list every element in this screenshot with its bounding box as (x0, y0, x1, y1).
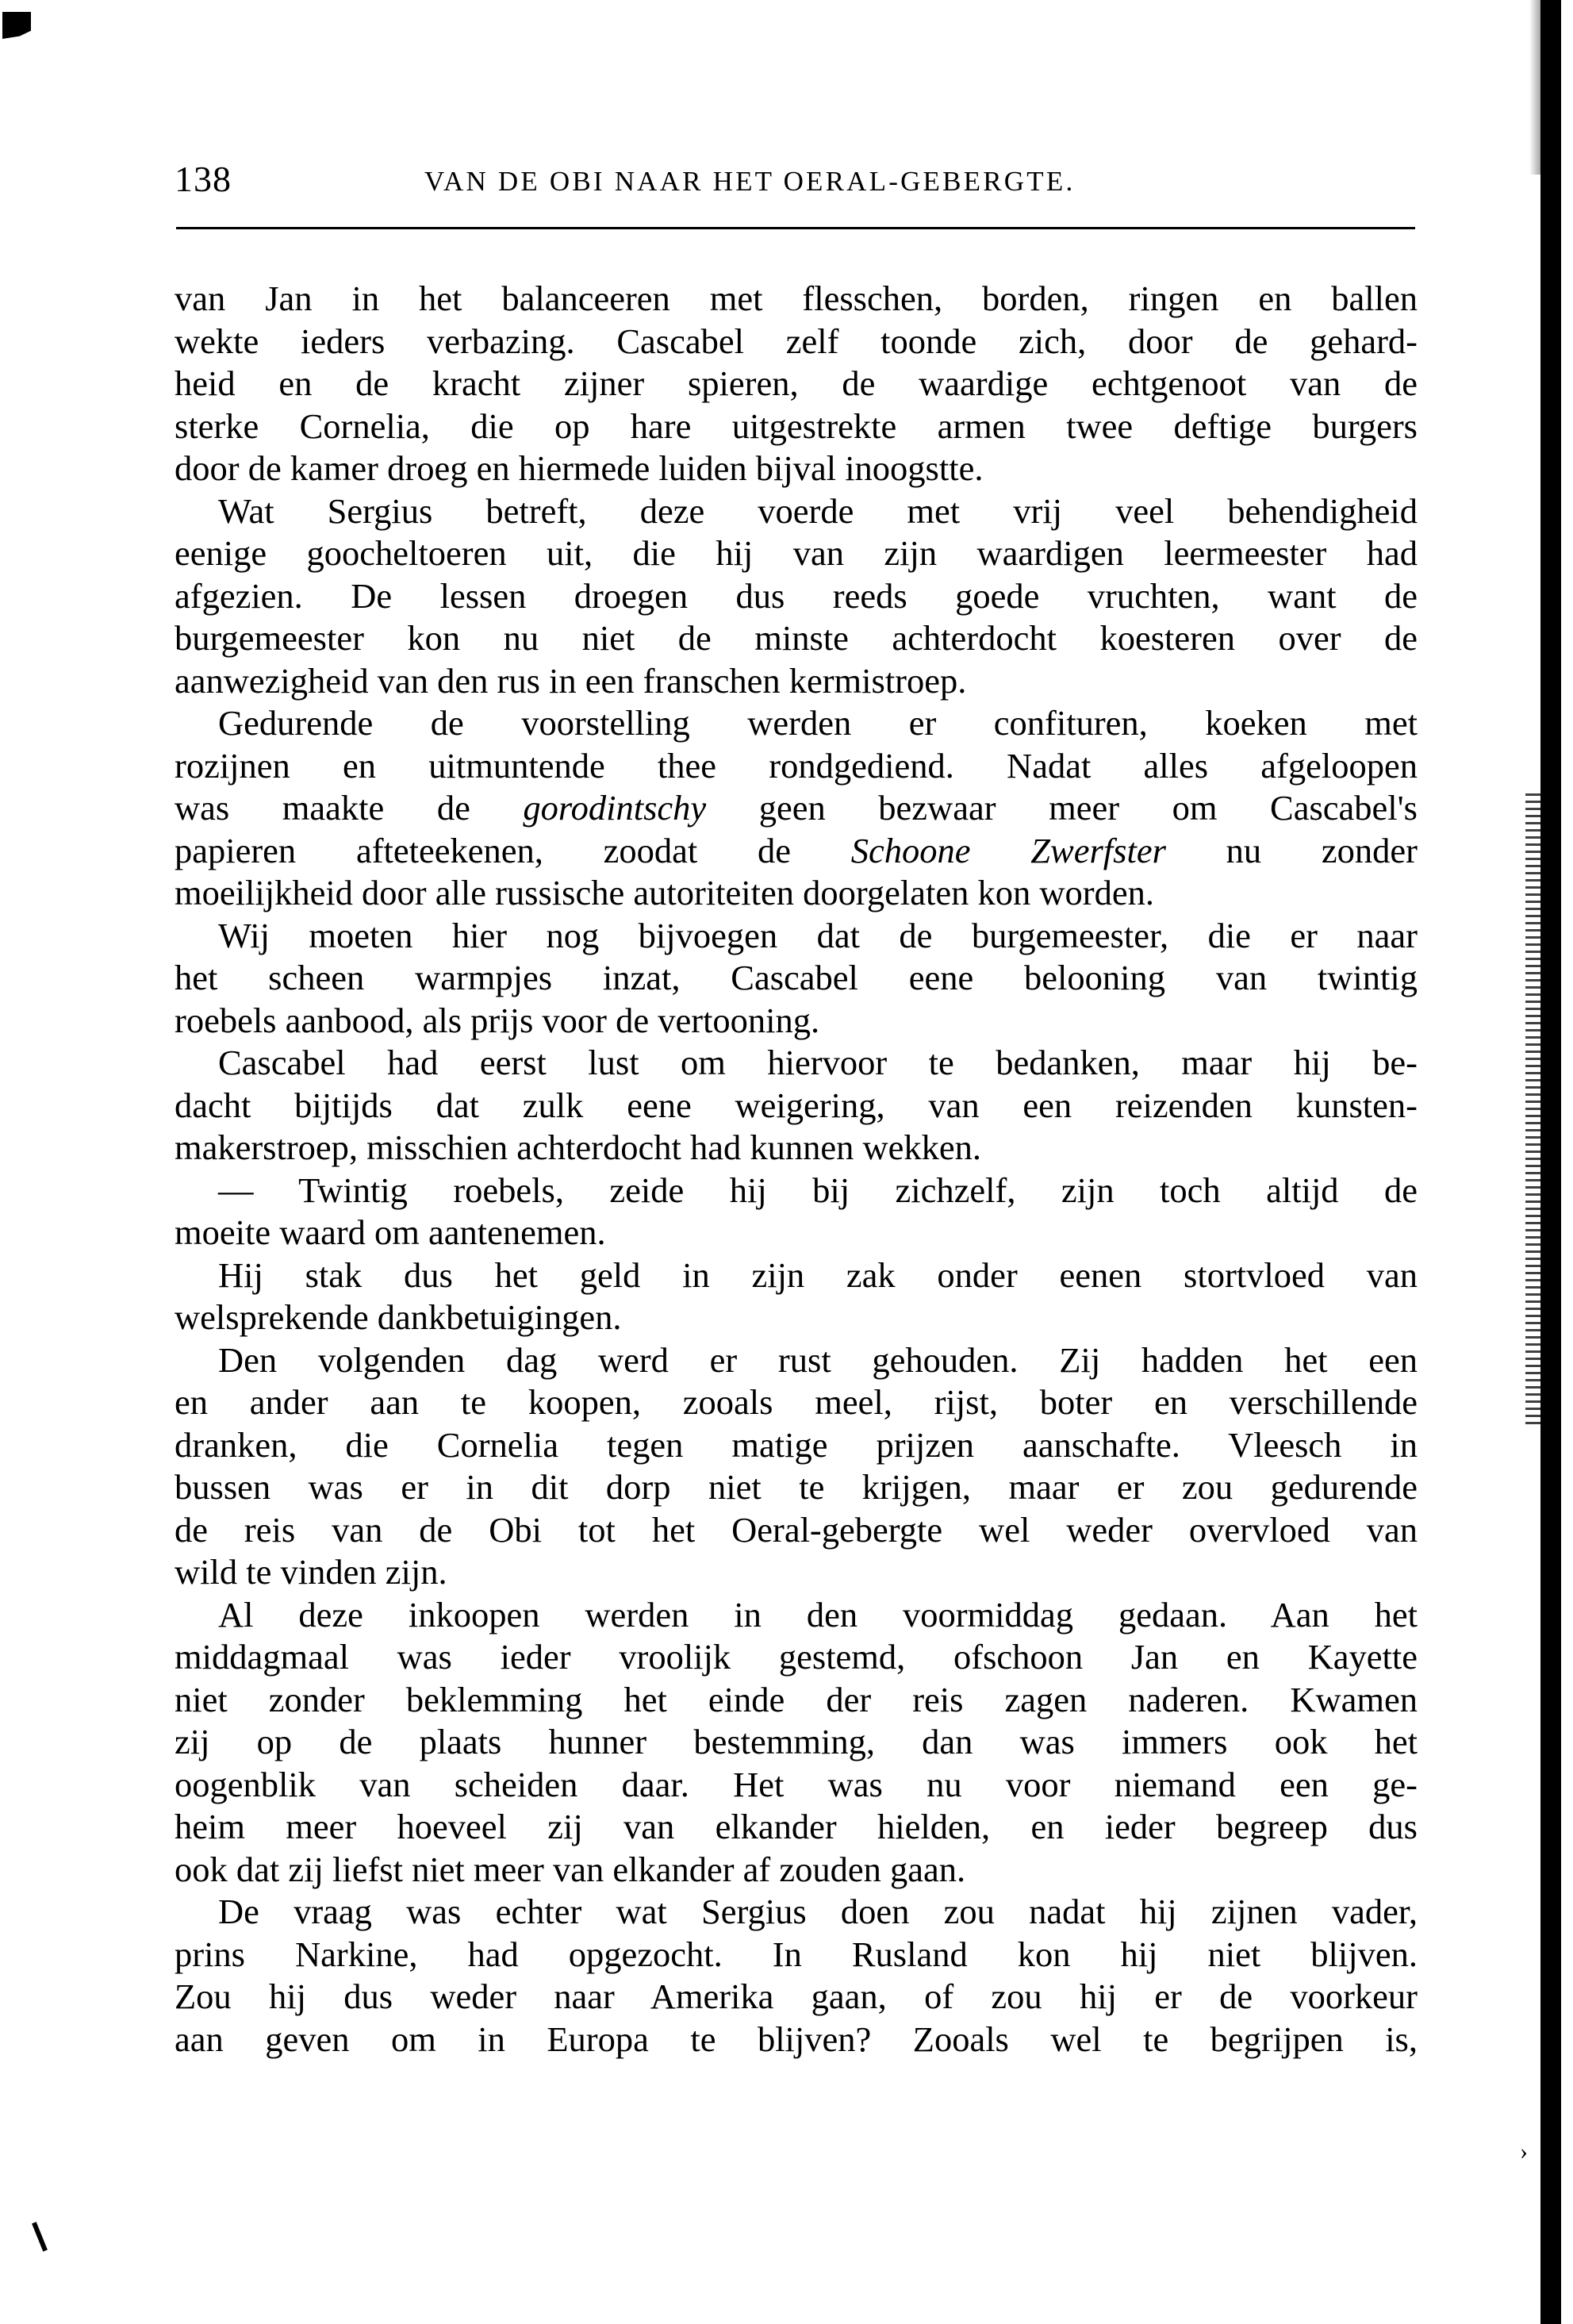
text-line: wekte ieders verbazing. Cascabel zelf to… (175, 321, 1418, 363)
text-line: bussen was er in dit dorp niet te krijge… (175, 1466, 1418, 1509)
text-line: dranken, die Cornelia tegen matige prijz… (175, 1424, 1418, 1467)
text-line: Den volgenden dag werd er rust gehouden.… (175, 1339, 1418, 1382)
text-line: ook dat zij liefst niet meer van elkande… (175, 1849, 1418, 1892)
text-line: papieren afteteekenen, zoodat de Schoone… (175, 830, 1418, 873)
scan-artifact-top-left (2, 12, 31, 39)
book-page: 138 VAN DE OBI NAAR HET OERAL-GEBERGTE. … (0, 0, 1573, 2324)
text-line: middagmaal was ieder vroolijk gestemd, o… (175, 1636, 1418, 1679)
text-line: Al deze inkoopen werden in den voormidda… (175, 1594, 1418, 1637)
text-line: moeite waard om aantenemen. (175, 1212, 1418, 1254)
text-line: wild te vinden zijn. (175, 1551, 1418, 1594)
text-line: prins Narkine, had opgezocht. In Rusland… (175, 1934, 1418, 1976)
text-line: rozijnen en uitmuntende thee rondgediend… (175, 745, 1418, 788)
text-line: eenige goocheltoeren uit, die hij van zi… (175, 532, 1418, 575)
text-line: het scheen warmpjes inzat, Cascabel eene… (175, 957, 1418, 1000)
text-line: aan geven om in Europa te blijven? Zooal… (175, 2019, 1418, 2061)
text-line: moeilijkheid door alle russische autorit… (175, 872, 1418, 915)
text-line: heid en de kracht zijner spieren, de waa… (175, 363, 1418, 405)
page-number: 138 (175, 156, 232, 203)
text-line: en ander aan te koopen, zooals meel, rij… (175, 1381, 1418, 1424)
text-line: makerstroep, misschien achterdocht had k… (175, 1127, 1418, 1170)
text-line: oogenblik van scheiden daar. Het was nu … (175, 1764, 1418, 1807)
text-span: nu zonder (1166, 831, 1418, 870)
text-line: van Jan in het balanceeren met flesschen… (175, 278, 1418, 321)
text-line: Zou hij dus weder naar Amerika gaan, of … (175, 1976, 1418, 2019)
text-line: Gedurende de voorstelling werden er conf… (175, 702, 1418, 745)
text-line: heim meer hoeveel zij van elkander hield… (175, 1806, 1418, 1849)
running-title: VAN DE OBI NAAR HET OERAL-GEBERGTE. (424, 162, 1075, 202)
text-line: afgezien. De lessen droegen dus reeds go… (175, 575, 1418, 618)
text-line: De vraag was echter wat Sergius doen zou… (175, 1891, 1418, 1934)
text-line: Cascabel had eerst lust om hiervoor te b… (175, 1042, 1418, 1085)
text-line: aanwezigheid van den rus in een fransche… (175, 660, 1418, 703)
binding-shadow-texture (1525, 793, 1549, 1428)
text-line: niet zonder beklemming het einde der rei… (175, 1679, 1418, 1722)
margin-mark-glyph: › (1520, 2140, 1528, 2164)
text-line: burgemeester kon nu niet de minste achte… (175, 617, 1418, 660)
text-span: geen bezwaar meer om Cascabel's (706, 788, 1418, 828)
text-line: welsprekende dankbetuigingen. (175, 1296, 1418, 1339)
text-line: Hij stak dus het geld in zijn zak onder … (175, 1254, 1418, 1297)
text-line: dacht bijtijds dat zulk eene weigering, … (175, 1085, 1418, 1127)
text-line: de reis van de Obi tot het Oeral-gebergt… (175, 1509, 1418, 1552)
scan-artifact-bottom-left (32, 2222, 48, 2251)
text-line: Wat Sergius betreft, deze voerde met vri… (175, 490, 1418, 533)
text-line: zij op de plaats hunner bestemming, dan … (175, 1721, 1418, 1764)
italic-term: Schoone Zwerfster (851, 831, 1166, 870)
text-line: — Twintig roebels, zeide hij bij zichzel… (175, 1170, 1418, 1212)
text-span: papieren afteteekenen, zoodat de (175, 831, 851, 870)
text-line: door de kamer droeg en hiermede luiden b… (175, 448, 1418, 490)
text-line: was maakte de gorodintschy geen bezwaar … (175, 787, 1418, 830)
text-span: was maakte de (175, 788, 523, 828)
italic-term: gorodintschy (523, 788, 706, 828)
text-line: roebels aanbood, als prijs voor de verto… (175, 1000, 1418, 1043)
body-text: van Jan in het balanceeren met flesschen… (175, 278, 1418, 2061)
text-line: Wij moeten hier nog bijvoegen dat de bur… (175, 915, 1418, 958)
text-line: sterke Cornelia, die op hare uitgestrekt… (175, 405, 1418, 448)
header-rule (176, 227, 1415, 229)
